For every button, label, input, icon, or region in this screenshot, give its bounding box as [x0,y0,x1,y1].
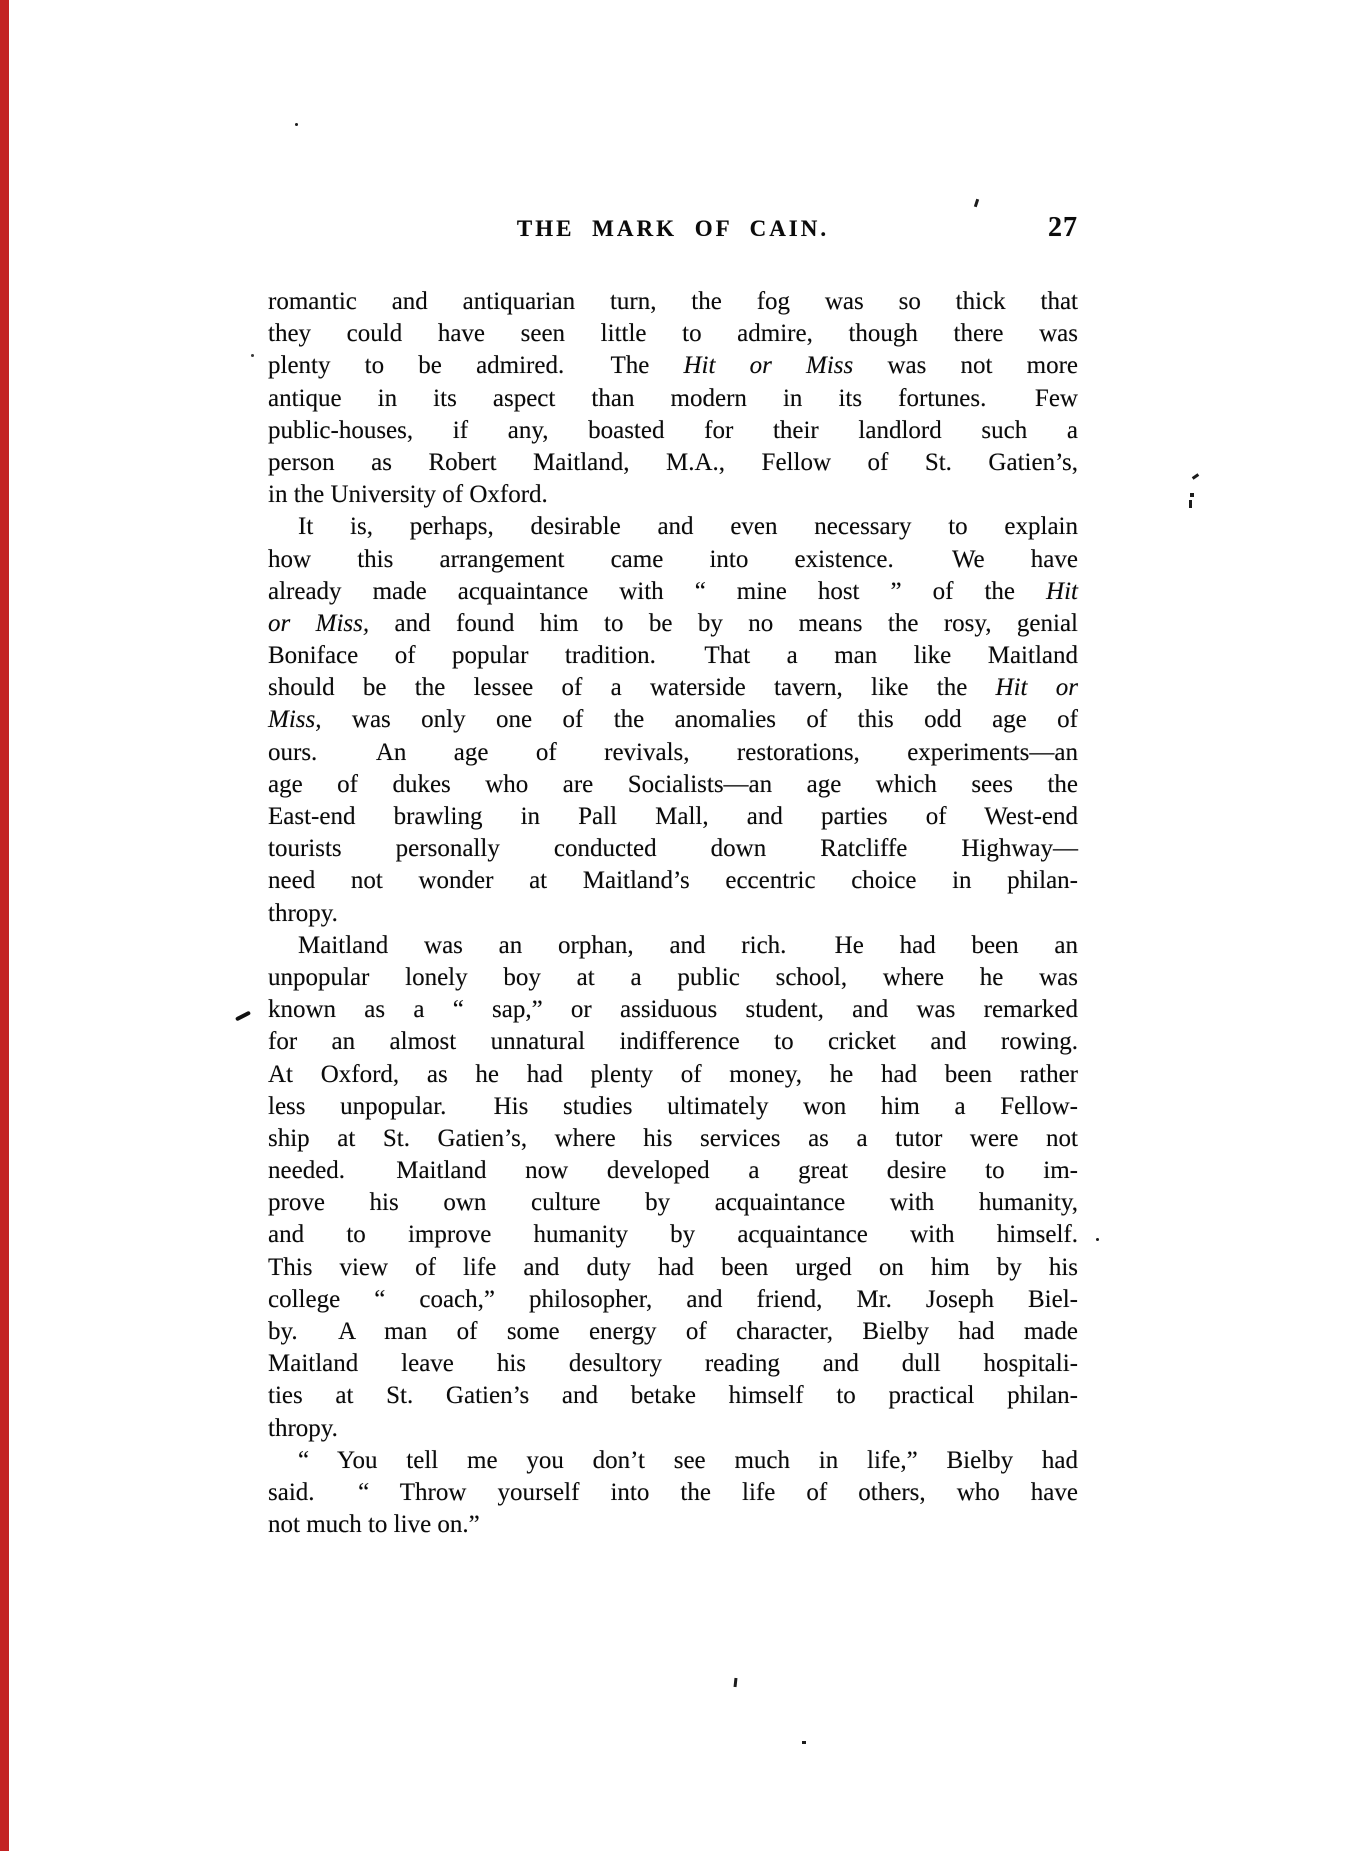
text-segment: ties at St. Gatien’s and betake himself … [268,1382,1078,1409]
text-line: antique in its aspect than modern in its… [268,383,1078,415]
text-segment: not much to live on.” [268,1511,480,1538]
text-segment: antique in its aspect than modern in its… [268,385,1078,412]
text-segment: how this arrangement came into existence… [268,546,1078,573]
text-line: thropy. [268,1413,1078,1445]
text-line: how this arrangement came into existence… [268,544,1078,576]
text-line: prove his own culture by acquaintance wi… [268,1187,1078,1219]
text-line: At Oxford, as he had plenty of money, he… [268,1059,1078,1091]
ink-speck [734,1678,738,1687]
text-line: needed. Maitland now developed a great d… [268,1155,1078,1187]
text-segment: thropy. [268,1415,338,1442]
text-segment: known as a “ sap,” or assiduous student,… [268,996,1078,1023]
paragraph: romantic and antiquarian turn, the fog w… [268,286,1078,511]
text-segment: in the University of Oxford. [268,481,548,508]
text-segment: romantic and antiquarian turn, the fog w… [268,288,1078,315]
text-line: unpopular lonely boy at a public school,… [268,962,1078,994]
text-segment: plenty to be admired. The [268,352,684,379]
italic-text: or Miss, [268,610,369,637]
italic-text: Hit or Miss [684,352,854,379]
text-line: Boniface of popular tradition. That a ma… [268,640,1078,672]
text-line: should be the lessee of a waterside tave… [268,672,1078,704]
text-segment: and found him to be by no means the rosy… [369,610,1078,637]
italic-text: Hit [1046,578,1078,605]
text-line: public-houses, if any, boasted for their… [268,415,1078,447]
text-line: and to improve humanity by acquaintance … [268,1219,1078,1251]
page-number: 27 [1048,212,1078,244]
text-segment: was only one of the anomalies of this od… [321,706,1078,733]
text-segment: unpopular lonely boy at a public school,… [268,964,1078,991]
ink-speck [974,199,979,208]
margin-pen-mark [235,1011,251,1022]
text-line: said. “ Throw yourself into the life of … [268,1477,1078,1509]
text-line: East-end brawling in Pall Mall, and part… [268,801,1078,833]
text-segment: less unpopular. His studies ultimately w… [268,1093,1078,1120]
paragraph: Maitland was an orphan, and rich. He had… [268,930,1078,1445]
text-segment: public-houses, if any, boasted for their… [268,417,1078,444]
text-line: romantic and antiquarian turn, the fog w… [268,286,1078,318]
text-line: It is, perhaps, desirable and even neces… [268,511,1078,543]
text-segment: for an almost unnatural indifference to … [268,1028,1078,1055]
ink-speck [295,123,298,126]
ink-speck [1192,473,1199,479]
text-segment: Boniface of popular tradition. That a ma… [268,642,1078,669]
text-segment: Maitland was an orphan, and rich. He had… [298,932,1078,959]
text-segment: Maitland leave his desultory reading and… [268,1350,1078,1377]
text-line: already made acquaintance with “ mine ho… [268,576,1078,608]
body-text: romantic and antiquarian turn, the fog w… [268,286,1078,1541]
text-segment: need not wonder at Maitland’s eccentric … [268,867,1078,894]
text-line: Maitland was an orphan, and rich. He had… [268,930,1078,962]
italic-text: Hit or [996,674,1078,701]
text-line: ours. An age of revivals, restorations, … [268,737,1078,769]
text-line: known as a “ sap,” or assiduous student,… [268,994,1078,1026]
text-segment: East-end brawling in Pall Mall, and part… [268,803,1078,830]
paragraph: “ You tell me you don’t see much in life… [268,1445,1078,1542]
text-segment: age of dukes who are Socialists—an age w… [268,771,1078,798]
page-title: THE MARK OF CAIN. [268,216,1078,242]
text-segment: thropy. [268,900,338,927]
text-line: need not wonder at Maitland’s eccentric … [268,865,1078,897]
text-segment: by. A man of some energy of character, B… [268,1318,1078,1345]
text-line: ship at St. Gatien’s, where his services… [268,1123,1078,1155]
italic-text: Miss, [268,706,321,733]
book-page: THE MARK OF CAIN. 27 romantic and antiqu… [0,0,1354,1851]
ink-speck [1096,1238,1099,1241]
ink-speck [1189,500,1192,508]
text-line: This view of life and duty had been urge… [268,1252,1078,1284]
paragraph: It is, perhaps, desirable and even neces… [268,511,1078,929]
text-line: tourists personally conducted down Ratcl… [268,833,1078,865]
text-line: college “ coach,” philosopher, and frien… [268,1284,1078,1316]
text-segment: needed. Maitland now developed a great d… [268,1157,1078,1184]
text-segment: ship at St. Gatien’s, where his services… [268,1125,1078,1152]
book-edge-red-stripe [0,0,9,1851]
text-line: plenty to be admired. The Hit or Miss wa… [268,350,1078,382]
text-line: age of dukes who are Socialists—an age w… [268,769,1078,801]
text-segment: already made acquaintance with “ mine ho… [268,578,1046,605]
text-line: they could have seen little to admire, t… [268,318,1078,350]
text-segment: was not more [853,352,1078,379]
text-segment: person as Robert Maitland, M.A., Fellow … [268,449,1078,476]
text-line: by. A man of some energy of character, B… [268,1316,1078,1348]
text-line: person as Robert Maitland, M.A., Fellow … [268,447,1078,479]
running-header: THE MARK OF CAIN. 27 [268,216,1078,250]
ink-speck [1190,493,1194,497]
text-line: not much to live on.” [268,1509,1078,1541]
text-segment: tourists personally conducted down Ratcl… [268,835,1078,862]
text-segment: and to improve humanity by acquaintance … [268,1221,1078,1248]
text-segment: “ You tell me you don’t see much in life… [298,1447,1078,1474]
text-segment: ours. An age of revivals, restorations, … [268,739,1078,766]
text-line: Maitland leave his desultory reading and… [268,1348,1078,1380]
text-line: thropy. [268,898,1078,930]
text-segment: should be the lessee of a waterside tave… [268,674,996,701]
text-segment: This view of life and duty had been urge… [268,1254,1078,1281]
text-line: “ You tell me you don’t see much in life… [268,1445,1078,1477]
ink-speck [802,1741,806,1744]
text-line: in the University of Oxford. [268,479,1078,511]
text-line: for an almost unnatural indifference to … [268,1026,1078,1058]
text-line: or Miss, and found him to be by no means… [268,608,1078,640]
ink-speck [251,354,254,357]
text-line: less unpopular. His studies ultimately w… [268,1091,1078,1123]
text-segment: At Oxford, as he had plenty of money, he… [268,1061,1078,1088]
text-segment: said. “ Throw yourself into the life of … [268,1479,1078,1506]
text-segment: It is, perhaps, desirable and even neces… [298,513,1078,540]
text-segment: college “ coach,” philosopher, and frien… [268,1286,1078,1313]
text-line: ties at St. Gatien’s and betake himself … [268,1380,1078,1412]
text-segment: they could have seen little to admire, t… [268,320,1078,347]
text-segment: prove his own culture by acquaintance wi… [268,1189,1078,1216]
text-line: Miss, was only one of the anomalies of t… [268,704,1078,736]
